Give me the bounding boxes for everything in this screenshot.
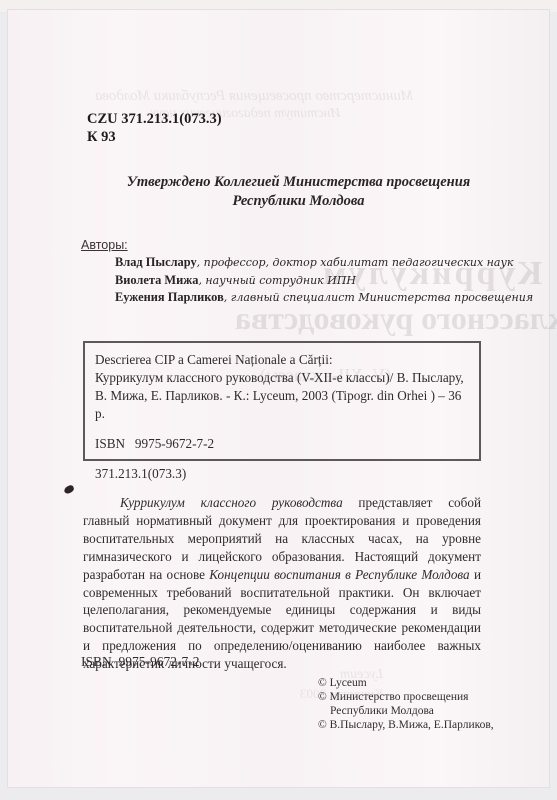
author-role: , профессор, доктор хабилитат педагогиче… <box>197 256 514 269</box>
author-name: Виолета Мижа <box>115 273 198 287</box>
cip-line: Descrierea CIP a Camerei Naționale a Căr… <box>95 351 469 369</box>
abstract-title: Куррикулум классного руководства <box>120 495 343 510</box>
copyright-line: © Lyceum <box>318 676 494 690</box>
author-name: Влад Пыслару <box>115 255 197 269</box>
author-name: Еужения Парликов <box>115 290 224 304</box>
author-role: , научный сотрудник ИПН <box>198 274 356 287</box>
cip-line: Куррикулум классного руководства (V-XII-… <box>95 369 469 387</box>
cip-line: В. Мижа, Е. Парликов. - К.: Lyceum, 2003… <box>95 387 469 423</box>
cip-isbn: ISBN 9975-9672-7-2 <box>95 435 469 453</box>
cip-description-box: Descrierea CIP a Camerei Naționale a Căr… <box>83 341 481 461</box>
abstract-concept: Концепции воспитания в Республике Молдов… <box>209 567 469 582</box>
approval-statement: Утверждено Коллегией Министерства просве… <box>0 173 557 211</box>
copyright-line: © Министерство просвещения <box>318 690 494 704</box>
czu-code: CZU 371.213.1(073.3) <box>87 110 222 128</box>
copyright-line: © В.Пыслару, В.Мижа, Е.Парликов, <box>318 718 494 732</box>
author-item: Влад Пыслару, профессор, доктор хабилита… <box>115 254 533 272</box>
approval-line-1: Утверждено Коллегией Министерства просве… <box>0 173 557 192</box>
author-item: Виолета Мижа, научный сотрудник ИПН <box>115 272 533 290</box>
authors-label: Авторы: <box>81 238 128 252</box>
author-mark: К 93 <box>87 128 222 146</box>
abstract-paragraph: Куррикулум классного руководства предста… <box>83 494 481 673</box>
copyright-line: Республики Молдова <box>318 704 494 718</box>
isbn-footer: ISBN 9975-9672-7-2 <box>81 654 200 670</box>
author-role: , главный специалист Министерства просве… <box>224 291 533 304</box>
author-item: Еужения Парликов, главный специалист Мин… <box>115 289 533 307</box>
approval-line-2: Республики Молдова <box>0 192 557 211</box>
copyright-block: © Lyceum © Министерство просвещения Респ… <box>318 676 494 732</box>
classification-block: CZU 371.213.1(073.3) К 93 <box>87 110 222 146</box>
cip-udc: 371.213.1(073.3) <box>95 465 469 483</box>
authors-list: Влад Пыслару, профессор, доктор хабилита… <box>115 254 533 307</box>
